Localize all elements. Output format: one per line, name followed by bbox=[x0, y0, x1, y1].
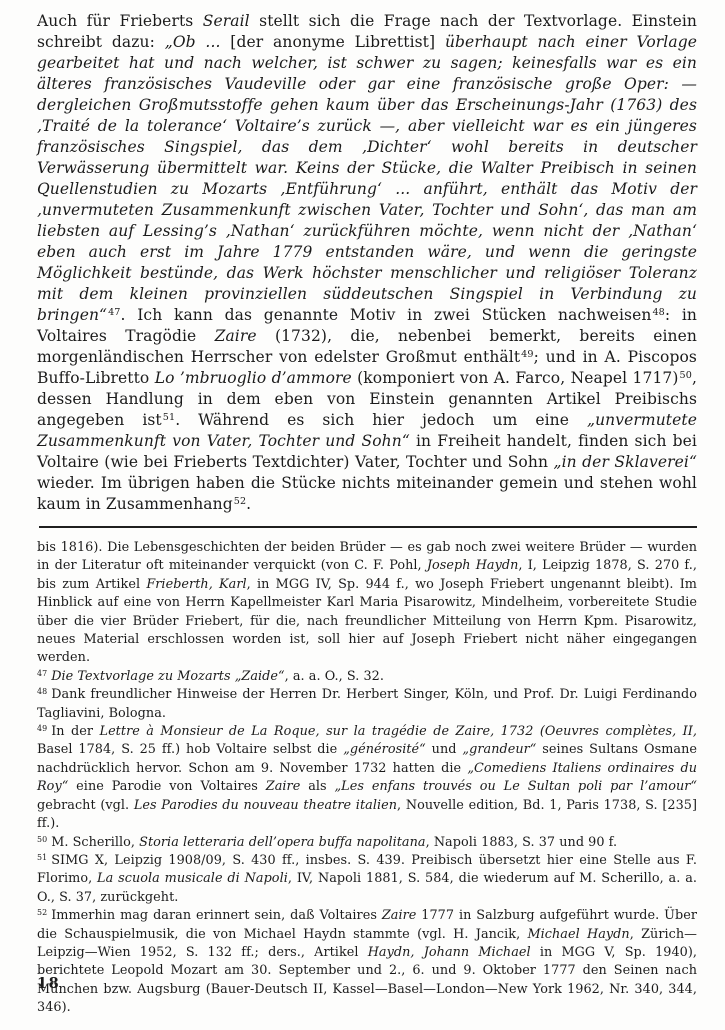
footnote-text: SIMG X, Leipzig 1908/09, S. 430 ff., ins… bbox=[37, 853, 697, 905]
footnote-number: 47 bbox=[37, 669, 47, 678]
footnote-text: Die Textvorlage zu Mozarts „Zaide“, a. a… bbox=[51, 669, 384, 684]
footnote-text: In der Lettre à Monsieur de La Roque, su… bbox=[37, 724, 697, 831]
footnote-number: 52 bbox=[37, 908, 47, 917]
footnote-text: Dank freundlicher Hinweise der Herren Dr… bbox=[37, 687, 697, 720]
book-page: Auch für Frieberts Serail stellt sich di… bbox=[0, 0, 725, 1030]
footnote-number: 51 bbox=[37, 853, 47, 862]
footnote-47: 47Die Textvorlage zu Mozarts „Zaide“, a.… bbox=[37, 668, 697, 686]
footnotes-section: bis 1816). Die Lebensgeschichten der bei… bbox=[37, 539, 697, 1018]
footnote-text: bis 1816). Die Lebensgeschichten der bei… bbox=[37, 540, 697, 665]
footnote-number: 50 bbox=[37, 835, 47, 844]
footnote-52: 52Immerhin mag daran erinnert sein, daß … bbox=[37, 907, 697, 1017]
main-paragraph: Auch für Frieberts Serail stellt sich di… bbox=[37, 11, 697, 515]
footnote-50: 50M. Scherillo, Storia letteraria dell’o… bbox=[37, 834, 697, 852]
footnote-number: 49 bbox=[37, 724, 47, 733]
footnote-49: 49In der Lettre à Monsieur de La Roque, … bbox=[37, 723, 697, 833]
footnote-text: M. Scherillo, Storia letteraria dell’ope… bbox=[51, 835, 617, 850]
footnote-text: Immerhin mag daran erinnert sein, daß Vo… bbox=[37, 908, 697, 1015]
footnote-continuation: bis 1816). Die Lebensgeschichten der bei… bbox=[37, 539, 697, 668]
footnote-48: 48Dank freundlicher Hinweise der Herren … bbox=[37, 686, 697, 723]
footnote-separator bbox=[39, 526, 697, 528]
footnote-number: 48 bbox=[37, 687, 47, 696]
footnote-51: 51SIMG X, Leipzig 1908/09, S. 430 ff., i… bbox=[37, 852, 697, 907]
page-number: 18 bbox=[37, 975, 60, 992]
